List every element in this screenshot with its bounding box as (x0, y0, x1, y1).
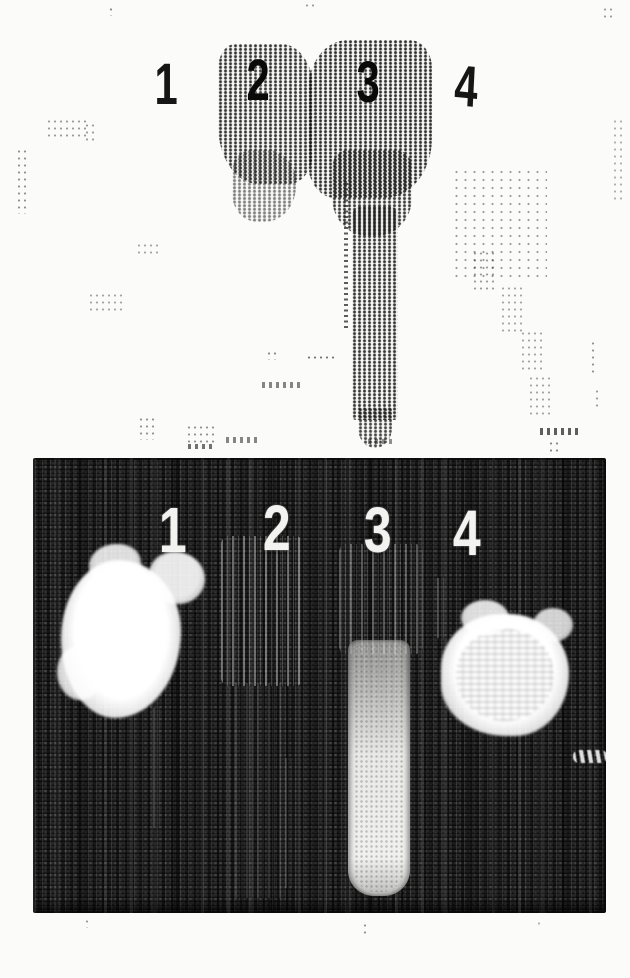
scan-speckle (472, 250, 498, 290)
scan-speckle (108, 6, 116, 16)
white-colony-left-fluff (57, 646, 101, 700)
white-colony-left-fluff (89, 544, 141, 586)
scan-speckle (520, 330, 542, 370)
scan-speckle (548, 440, 560, 452)
faint-streak (153, 708, 163, 828)
bottom-lane-label-3: 3 (364, 498, 392, 562)
scan-speckle (590, 340, 598, 376)
scan-speckle (306, 354, 336, 363)
scan-speckle (304, 2, 316, 10)
top-lane-label-1: 1 (155, 56, 178, 114)
scan-speckle (136, 242, 162, 258)
scan-speckle (594, 388, 601, 410)
scan-dash-mark (368, 439, 392, 444)
scan-dash-mark (188, 444, 216, 449)
scan-speckle (612, 118, 622, 202)
bottom-lane-label-4: 4 (453, 501, 481, 565)
top-photo-panel: 1 2 3 4 (0, 0, 630, 458)
scan-speckle (362, 922, 368, 934)
lane3-bright-tube (348, 640, 410, 896)
scan-speckle (16, 148, 30, 214)
scan-speckle (266, 350, 276, 360)
scan-speckle (88, 292, 122, 314)
lane2-tube-tail (235, 683, 287, 898)
bottom-photo-panel: 1 2 3 4 (33, 458, 606, 913)
scan-speckle (602, 6, 612, 18)
specimen-mass-left-tail (232, 150, 296, 222)
scan-dash-mark (262, 382, 300, 388)
scan-dash-mark (540, 428, 582, 435)
colony-internal-texture (456, 629, 553, 722)
bottom-lane-label-2: 2 (263, 496, 291, 560)
top-lane-label-3: 3 (357, 54, 380, 112)
white-squiggle-mark (573, 750, 606, 763)
top-lane-label-4: 4 (453, 57, 479, 117)
scanned-figure-page: 1 2 3 4 (0, 0, 630, 978)
white-colony-right-fluff (533, 608, 573, 642)
specimen-stem-streak (352, 206, 398, 420)
scan-speckle (186, 424, 216, 446)
stem-dotted-line (344, 182, 348, 328)
scan-speckle (84, 122, 94, 142)
scan-speckle (84, 918, 92, 928)
scan-speckle (46, 118, 86, 140)
top-lane-label-2: 2 (247, 52, 270, 110)
white-colony-left-fluff (149, 552, 205, 604)
faint-streak (437, 578, 445, 638)
scan-speckle-patch (452, 168, 547, 278)
white-colony-right-fluff (461, 600, 509, 636)
scan-dash-mark (226, 437, 258, 443)
scan-speckle (500, 285, 526, 335)
scan-speckle (528, 375, 550, 415)
faint-streak (285, 758, 293, 888)
scan-speckle (138, 416, 158, 440)
tube-halftone-dots (354, 644, 404, 892)
scan-speckle (536, 920, 544, 928)
